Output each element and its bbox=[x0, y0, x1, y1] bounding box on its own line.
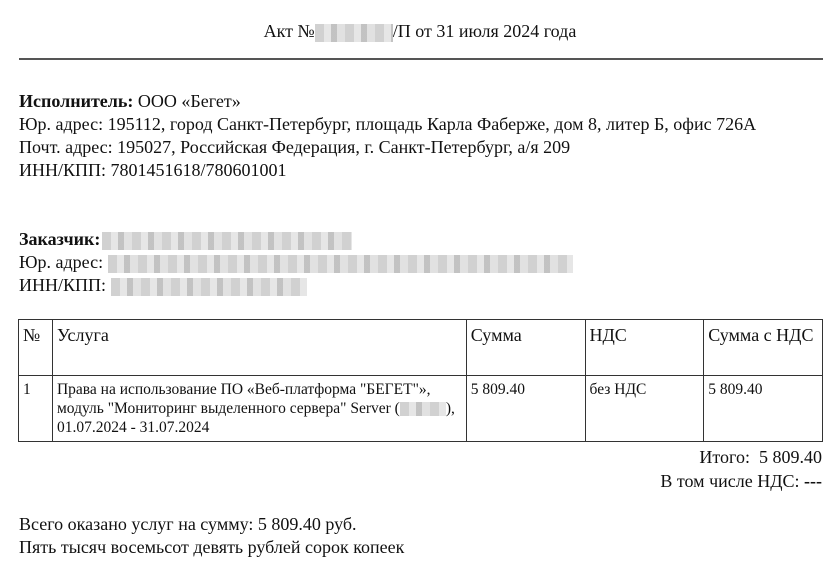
redacted-act-number bbox=[315, 24, 393, 42]
total-line: Итого: 5 809.40 bbox=[660, 445, 822, 469]
header-service: Услуга bbox=[52, 320, 466, 376]
services-table: № Услуга Сумма НДС Сумма с НДС 1 Права н… bbox=[18, 319, 823, 442]
customer-line: Заказчик: bbox=[19, 228, 819, 251]
header-vat: НДС bbox=[585, 320, 704, 376]
service-text: Права на использование ПО «Веб-платформа… bbox=[57, 381, 431, 417]
row-sum: 5 809.40 bbox=[466, 376, 585, 442]
title-prefix: Акт № bbox=[264, 21, 315, 41]
totals-block: Итого: 5 809.40 В том числе НДС: --- bbox=[660, 445, 822, 493]
table-row: 1 Права на использование ПО «Веб-платфор… bbox=[19, 376, 823, 442]
header-num: № bbox=[19, 320, 53, 376]
customer-label: Заказчик: bbox=[19, 229, 100, 249]
executor-inn-kpp: ИНН/КПП: 7801451618/780601001 bbox=[19, 159, 819, 182]
customer-inn-label: ИНН/КПП: bbox=[19, 275, 106, 295]
executor-block: Исполнитель: ООО «Бегет» Юр. адрес: 1951… bbox=[19, 90, 819, 182]
customer-legal-address-line: Юр. адрес: bbox=[19, 251, 819, 274]
vat-value: --- bbox=[804, 471, 822, 491]
redacted-customer-inn bbox=[111, 278, 307, 296]
redacted-server-id bbox=[400, 402, 446, 416]
vat-line: В том числе НДС: --- bbox=[660, 469, 822, 493]
executor-name: ООО «Бегет» bbox=[133, 91, 240, 111]
document-title: Акт №/П от 31 июля 2024 года bbox=[0, 19, 840, 43]
row-total: 5 809.40 bbox=[704, 376, 823, 442]
customer-inn-line: ИНН/КПП: bbox=[19, 274, 819, 297]
customer-legal-address-label: Юр. адрес: bbox=[19, 252, 103, 272]
executor-postal-address: Почт. адрес: 195027, Российская Федераци… bbox=[19, 136, 819, 159]
customer-block: Заказчик: Юр. адрес: ИНН/КПП: bbox=[19, 228, 819, 297]
vat-label: В том числе НДС: bbox=[660, 471, 799, 491]
table-header-row: № Услуга Сумма НДС Сумма с НДС bbox=[19, 320, 823, 376]
total-label: Итого: bbox=[699, 447, 750, 467]
executor-legal-address: Юр. адрес: 195112, город Санкт-Петербург… bbox=[19, 113, 809, 136]
executor-line: Исполнитель: ООО «Бегет» bbox=[19, 90, 819, 113]
header-sum: Сумма bbox=[466, 320, 585, 376]
title-divider bbox=[19, 58, 823, 60]
header-total: Сумма с НДС bbox=[704, 320, 823, 376]
executor-label: Исполнитель: bbox=[19, 91, 133, 111]
row-num: 1 bbox=[19, 376, 53, 442]
summary-amount: Всего оказано услуг на сумму: 5 809.40 р… bbox=[19, 513, 404, 536]
title-suffix: /П от 31 июля 2024 года bbox=[393, 21, 577, 41]
redacted-customer-address bbox=[108, 255, 573, 273]
summary-block: Всего оказано услуг на сумму: 5 809.40 р… bbox=[19, 513, 404, 559]
row-vat: без НДС bbox=[585, 376, 704, 442]
summary-amount-words: Пять тысяч восемьсот девять рублей сорок… bbox=[19, 536, 404, 559]
row-service: Права на использование ПО «Веб-платформа… bbox=[52, 376, 466, 442]
redacted-customer-name bbox=[102, 232, 352, 250]
total-value: 5 809.40 bbox=[759, 447, 822, 467]
